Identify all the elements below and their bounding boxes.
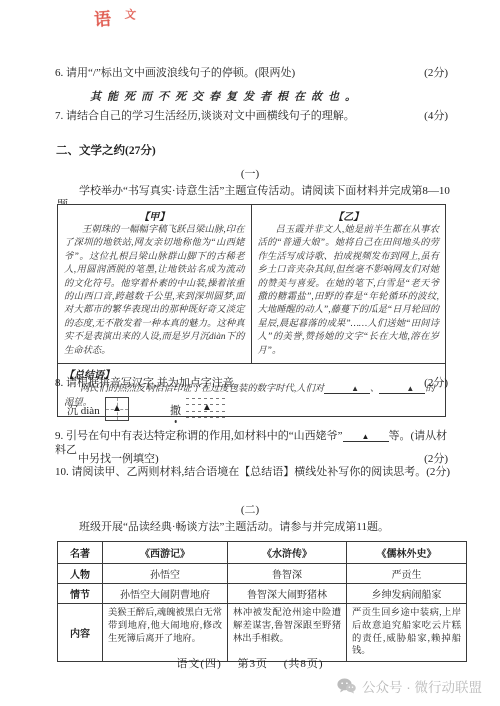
- content-cell: 严贡生回乡途中装病,上岸后故意追究船家吃云片糕的责任,威胁船家,赖掉船钱。: [347, 604, 467, 662]
- wechat-icon: [337, 678, 356, 694]
- answer-triangle: ▲: [112, 404, 122, 414]
- question-6-text: 6. 请用“/”标出文中画波浪线句子的停顿。(限两处): [55, 66, 295, 80]
- material-jia-header: 【甲】: [64, 208, 245, 223]
- question-8-answer-area: 沉 diàn ▲ 撒 ▲: [67, 397, 367, 423]
- char-sa: 撒: [170, 402, 181, 418]
- books-header-rulinwaishi: 《儒林外史》: [347, 542, 467, 564]
- part-one-label: (一): [0, 165, 500, 181]
- table-row-plot: 情节 孙悟空大闹阴曹地府 鲁智深大闹野猪林 乡绅发病闹船家: [58, 584, 467, 604]
- exam-page: { "red_stamp": { "big": "语", "small": "文…: [0, 0, 500, 706]
- question-10-text: 10. 请阅读甲、乙两则材料,结合语境在【总结语】横线处补写你的阅读思考。: [55, 465, 426, 479]
- content-cell: 林冲被发配沧州途中险遭解差谋害,鲁智深跟至野猪林出手相救。: [228, 604, 347, 662]
- row-label-neirong: 内容: [58, 604, 103, 662]
- character-cell: 鲁智深: [228, 564, 347, 584]
- question-9-blank: ▲: [343, 432, 389, 442]
- watermark-text: 公众号 · 微行动联盟: [362, 676, 482, 696]
- plot-cell: 鲁智深大闹野猪林: [228, 584, 347, 604]
- question-9-line2: 中另找一例填空) (2分): [78, 450, 448, 466]
- question-8-score: (2分): [424, 376, 448, 390]
- question-9-line2-text: 中另找一例填空): [78, 450, 159, 466]
- material-yi-body: 吕玉霞并非文人,她是前半生都在从事农活的“普通大娘”。她将自己在田间地头的劳作生…: [258, 224, 440, 358]
- part-two-intro: 班级开展“品读经典·畅谈方法”主题活动。请参与并完成第11题。: [57, 520, 456, 534]
- table-row-characters: 人物 孙悟空 鲁智深 严贡生: [58, 564, 467, 584]
- row-label-renwu: 人物: [58, 564, 103, 584]
- section-two-title: 二、文学之约(27分): [56, 142, 156, 158]
- row-label-qingjie: 情节: [58, 584, 103, 604]
- material-yi-header: 【乙】: [258, 208, 440, 223]
- watermark: 公众号 · 微行动联盟: [337, 676, 482, 696]
- question-7-text: 7. 请结合自己的学习生活经历,谈谈对文中画横线句子的理解。: [55, 109, 355, 123]
- question-8: 8. 请根据拼音写汉字,并为加点字注音。 (2分): [55, 376, 448, 390]
- material-jia-body: 王朝珠的一幅幅字稿飞跃吕梁山脉,印在了深圳的地铁站,网友亲切地称他为“山西姥爷”…: [64, 224, 245, 358]
- books-header-shuihuzhuan: 《水浒传》: [228, 542, 347, 564]
- books-header-xiyouji: 《西游记》: [103, 542, 228, 564]
- books-table: 名著 《西游记》 《水浒传》 《儒林外史》 人物 孙悟空 鲁智深 严贡生 情节 …: [57, 541, 467, 662]
- character-cell: 孙悟空: [103, 564, 228, 584]
- answer-triangle: ▲: [202, 403, 212, 413]
- material-yi: 【乙】 吕玉霞并非文人,她是前半生都在从事农活的“普通大娘”。她将自己在田间地头…: [252, 205, 446, 363]
- pinyin-grid-box: ▲: [186, 398, 228, 418]
- question-7-score: (4分): [424, 109, 448, 123]
- question-7: 7. 请结合自己的学习生活经历,谈谈对文中画横线句子的理解。 (4分): [55, 109, 448, 123]
- tianzige-box: ▲: [105, 397, 129, 421]
- question-8-text: 8. 请根据拼音写汉字,并为加点字注音。: [55, 376, 245, 390]
- question-6-score: (2分): [424, 66, 448, 80]
- plot-cell: 孙悟空大闹阴曹地府: [103, 584, 228, 604]
- character-cell: 严贡生: [347, 564, 467, 584]
- question-10-score: (2分): [426, 465, 450, 479]
- plot-cell: 乡绅发病闹船家: [347, 584, 467, 604]
- dotted-char: 撒: [170, 402, 181, 418]
- red-stamp: 语 文: [94, 5, 136, 30]
- red-stamp-char: 语: [93, 4, 112, 30]
- table-row-content: 内容 美猴王醉后,魂魄被黑白无常带到地府,他大闹地府,修改生死簿后离开了地府。 …: [58, 604, 467, 662]
- question-9-score: (2分): [424, 450, 448, 466]
- material-jia: 【甲】 王朝珠的一幅幅字稿飞跃吕梁山脉,印在了深圳的地铁站,网友亲切地称他为“山…: [58, 205, 252, 363]
- classical-quote: 其能死而不死交春复发者根在故也。: [90, 88, 362, 104]
- books-header-label: 名著: [58, 542, 103, 564]
- part-two-label: (二): [0, 501, 500, 517]
- page-footer: 语文(四) 第3页 (共8页): [0, 655, 500, 671]
- question-6: 6. 请用“/”标出文中画波浪线句子的停顿。(限两处) (2分): [55, 66, 448, 80]
- question-10: 10. 请阅读甲、乙两则材料,结合语境在【总结语】横线处补写你的阅读思考。 (2…: [55, 465, 448, 479]
- question-9-text-before: 9. 引号在句中有表达特定称谓的作用,如材料中的“山西姥爷”: [55, 430, 343, 442]
- red-stamp-char-small: 文: [124, 5, 137, 22]
- books-table-header-row: 名著 《西游记》 《水浒传》 《儒林外史》: [58, 542, 467, 564]
- content-cell: 美猴王醉后,魂魄被黑白无常带到地府,他大闹地府,修改生死簿后离开了地府。: [103, 604, 228, 662]
- pinyin-chen-dian: 沉 diàn: [67, 402, 100, 418]
- materials-columns: 【甲】 王朝珠的一幅幅字稿飞跃吕梁山脉,印在了深圳的地铁站,网友亲切地称他为“山…: [58, 205, 445, 363]
